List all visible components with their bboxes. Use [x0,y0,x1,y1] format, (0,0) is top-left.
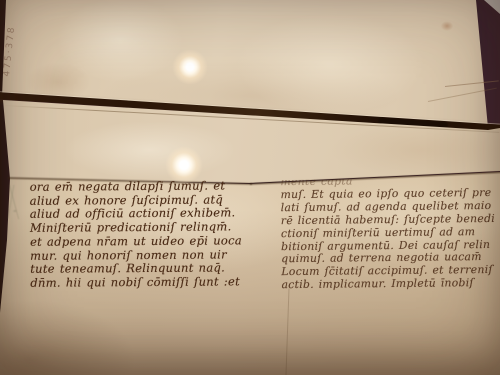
text-column-right: mente capta muſ. Et quia eo ipſo quo cet… [280,174,499,292]
manuscript-line: actib. implicamur. Impletū īnobiſ [281,277,499,292]
manuscript-photo: 475·378 ora em̄ negata dilapſi ſumuſ. et… [0,0,500,375]
text-column-left: ora em̄ negata dilapſi ſumuſ. et aliud e… [30,179,261,290]
margin-marks [6,185,24,219]
manuscript-line: dn̄m. hii qui nobiſ cōmiſſi ſunt :et [30,275,260,290]
flash-glare [172,49,208,85]
flash-glare [165,146,203,184]
